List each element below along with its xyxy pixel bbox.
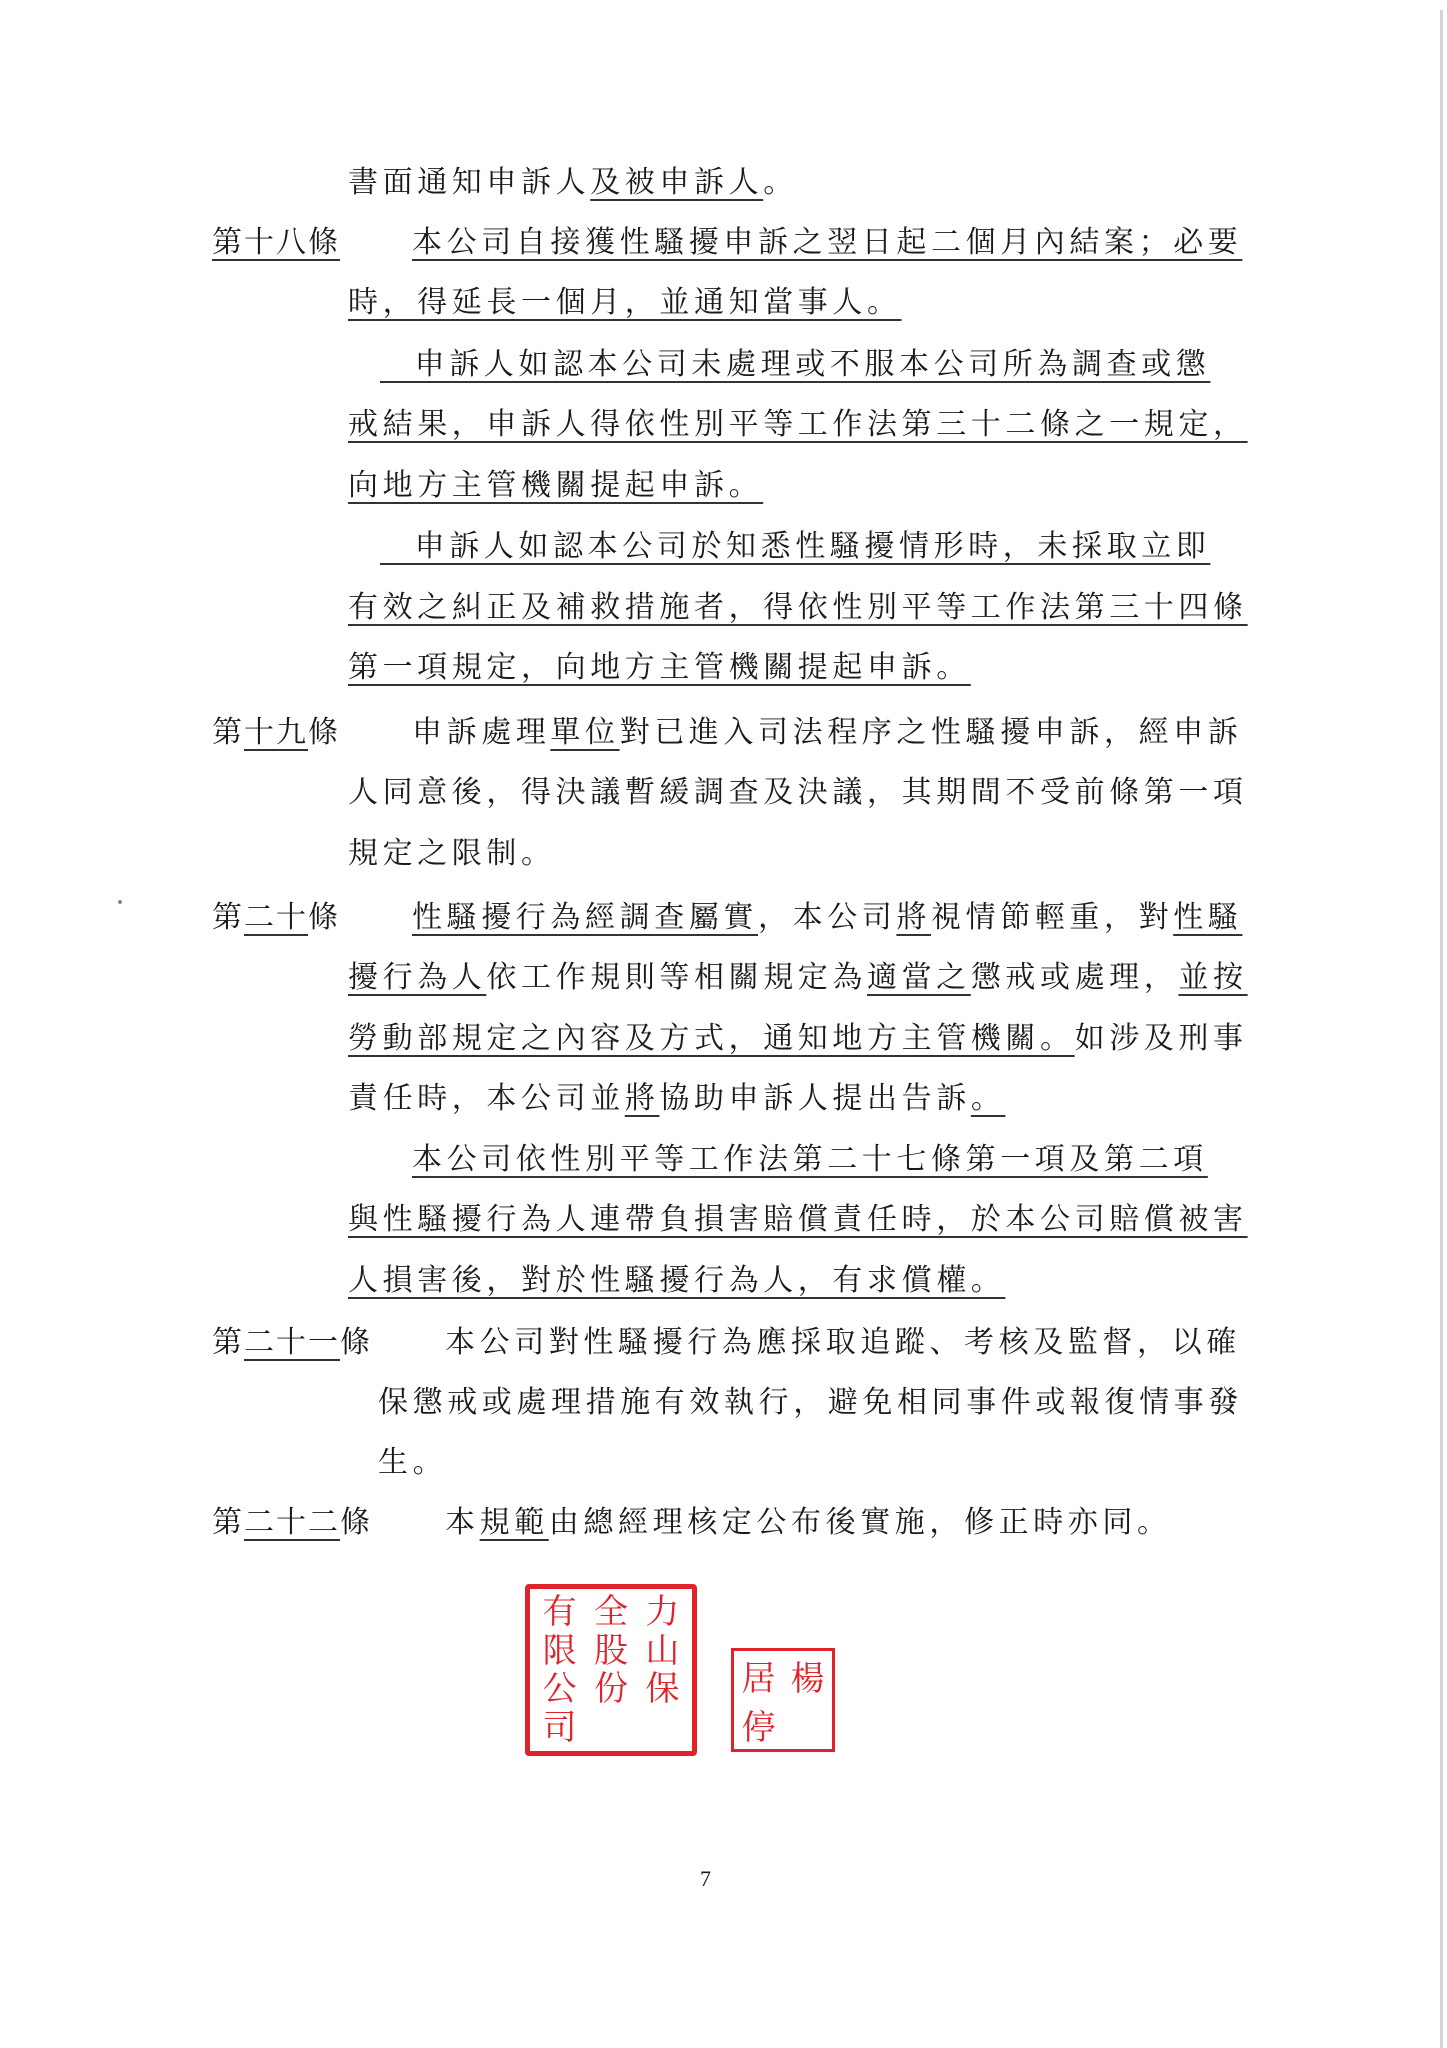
text-line: 戒結果，申訴人得依性別平等工作法第三十二條之一規定， [348,405,1248,445]
seal-char [783,1700,832,1749]
underlined-text: 。 [971,1081,1006,1116]
article-18-label: 第十八條 [212,223,340,263]
underlined-text: 有效之糾正及補救措施者，得依性別平等工作法第三十四條 [348,590,1248,625]
text-run: 條 [340,1505,372,1540]
text-line: 保懲戒或處理措施有效執行，避免相同事件或報復情事發 [378,1383,1243,1423]
text-line: 申訴人如認本公司於知悉性騷擾情形時，未採取立即 [380,527,1210,567]
underlined-text: 及被申訴人 [590,165,763,200]
text-line: 本公司自接獲性騷擾申訴之翌日起二個月內結案；必要 [412,223,1242,263]
underlined-text: 並按 [1178,960,1247,995]
underlined-text: 向地方主管機關提起申訴。 [348,468,763,503]
text-line: 本公司依性別平等工作法第二十七條第一項及第二項 [412,1140,1208,1180]
seal-char: 停 [734,1700,783,1749]
seal-char: 力 [637,1593,688,1632]
underlined-text: 性騷 [1173,900,1242,935]
text-line: 申訴處理單位對已進入司法程序之性騷擾申訴，經申訴 [412,713,1242,753]
text-run: ，本公司 [758,900,896,935]
text-run: 如涉及刑事 [1075,1021,1248,1056]
text-run: 依工作規則等相關規定為 [486,960,867,995]
underlined-text: 勞動部規定之內容及方式，通知地方主管機關。 [348,1021,1075,1056]
underlined-text: 二十 [244,900,308,935]
text-line: 書面通知申訴人及被申訴人。 [348,163,798,203]
text-run: 條 [308,715,340,750]
text-line: 第一項規定，向地方主管機關提起申訴。 [348,648,971,688]
seal-char: 楊 [783,1651,832,1700]
underlined-text: 與性騷擾行為人連帶負損害賠償責任時，於本公司賠償被害 [348,1202,1248,1237]
seal-char: 全 [585,1593,636,1632]
underlined-text: 將 [896,900,931,935]
text-run: 第 [212,715,244,750]
text-run: 申訴處理 [412,715,550,750]
scan-edge-line [1440,10,1443,2048]
article-21-label: 第二十一條 [212,1323,372,1363]
text-line: 本規範由總經理核定公布後實施，修正時亦同。 [445,1503,1172,1543]
text-run: 規定之限制。 [348,836,556,871]
personal-seal: 居 楊 停 [731,1648,835,1752]
seal-char: 居 [734,1651,783,1700]
text-line: 責任時，本公司並將協助申訴人提出告訴。 [348,1079,1005,1119]
underlined-text: 戒結果，申訴人得依性別平等工作法第三十二條之一規定， [348,407,1248,442]
seal-char [585,1709,636,1748]
underlined-text: 時，得延長一個月，並通知當事人。 [348,285,902,320]
text-line: 人同意後，得決議暫緩調查及決議，其期間不受前條第一項 [348,773,1248,813]
text-run: 對已進入司法程序之性騷擾申訴，經申訴 [620,715,1243,750]
text-line: 時，得延長一個月，並通知當事人。 [348,283,902,323]
seal-char [637,1709,688,1748]
text-run: 生。 [378,1445,447,1480]
seal-char: 山 [637,1632,688,1671]
text-line: 擾行為人依工作規則等相關規定為適當之懲戒或處理，並按 [348,958,1248,998]
underlined-text: 將 [625,1081,660,1116]
text-run: 人同意後，得決議暫緩調查及決議，其期間不受前條第一項 [348,775,1248,810]
scan-speck [118,900,122,904]
underlined-text: 二十一 [244,1325,340,1360]
article-22-label: 第二十二條 [212,1503,372,1543]
underlined-text: 規範 [480,1505,549,1540]
text-run: 保懲戒或處理措施有效執行，避免相同事件或報復情事發 [378,1385,1243,1420]
seal-char: 保 [637,1670,688,1709]
underlined-text: 第一項規定，向地方主管機關提起申訴。 [348,650,971,685]
text-line: 申訴人如認本公司未處理或不服本公司所為調查或懲 [380,345,1210,385]
text-line: 人損害後，對於性騷擾行為人，有求償權。 [348,1261,1005,1301]
text-line: 生。 [378,1443,447,1483]
text-run: 條 [340,1325,372,1360]
text-line: 規定之限制。 [348,834,556,874]
text-run: 責任時，本公司並 [348,1081,625,1116]
underlined-text: 本公司依性別平等工作法第二十七條第一項及第二項 [412,1142,1208,1177]
article-20-label: 第二十條 [212,898,340,938]
text-run: 本 [445,1505,480,1540]
text-line: 本公司對性騷擾行為應採取追蹤、考核及監督，以確 [445,1323,1241,1363]
underlined-text: 申訴人如認本公司於知悉性騷擾情形時，未採取立即 [380,529,1210,564]
text-line: 勞動部規定之內容及方式，通知地方主管機關。如涉及刑事 [348,1019,1248,1059]
seal-char: 份 [585,1670,636,1709]
page-number: 7 [700,1866,711,1892]
underlined-text: 二十二 [244,1505,340,1540]
text-run: 書面通知申訴人 [348,165,590,200]
seal-char: 司 [534,1709,585,1748]
seal-char: 股 [585,1632,636,1671]
text-run: 第 [212,900,244,935]
text-run: 懲戒或處理， [971,960,1179,995]
seal-char: 公 [534,1670,585,1709]
underlined-text: 第十八條 [212,225,340,260]
underlined-text: 適當之 [867,960,971,995]
text-line: 向地方主管機關提起申訴。 [348,466,763,506]
text-line: 與性騷擾行為人連帶負損害賠償責任時，於本公司賠償被害 [348,1200,1248,1240]
text-run: 第 [212,1505,244,1540]
underlined-text: 擾行為人 [348,960,486,995]
text-run: 協助申訴人提出告訴 [659,1081,970,1116]
underlined-text: 性騷擾行為經調查屬實 [412,900,758,935]
text-line: 性騷擾行為經調查屬實，本公司將視情節輕重，對性騷 [412,898,1242,938]
underlined-text: 本公司自接獲性騷擾申訴之翌日起二個月內結案；必要 [412,225,1242,260]
company-seal: 有 全 力 限 股 山 公 份 保 司 [525,1584,697,1756]
text-run: 條 [308,900,340,935]
article-19-label: 第十九條 [212,713,340,753]
text-run: 本公司對性騷擾行為應採取追蹤、考核及監督，以確 [445,1325,1241,1360]
underlined-text: 人損害後，對於性騷擾行為人，有求償權。 [348,1263,1005,1298]
underlined-text: 十九 [244,715,308,750]
underlined-text: 單位 [550,715,619,750]
text-run: 第 [212,1325,244,1360]
text-run: 。 [763,165,798,200]
text-run: 視情節輕重，對 [931,900,1173,935]
seal-char: 有 [534,1593,585,1632]
text-run: 由總經理核定公布後實施，修正時亦同。 [549,1505,1172,1540]
underlined-text: 申訴人如認本公司未處理或不服本公司所為調查或懲 [380,347,1210,382]
seal-char: 限 [534,1632,585,1671]
text-line: 有效之糾正及補救措施者，得依性別平等工作法第三十四條 [348,588,1248,628]
